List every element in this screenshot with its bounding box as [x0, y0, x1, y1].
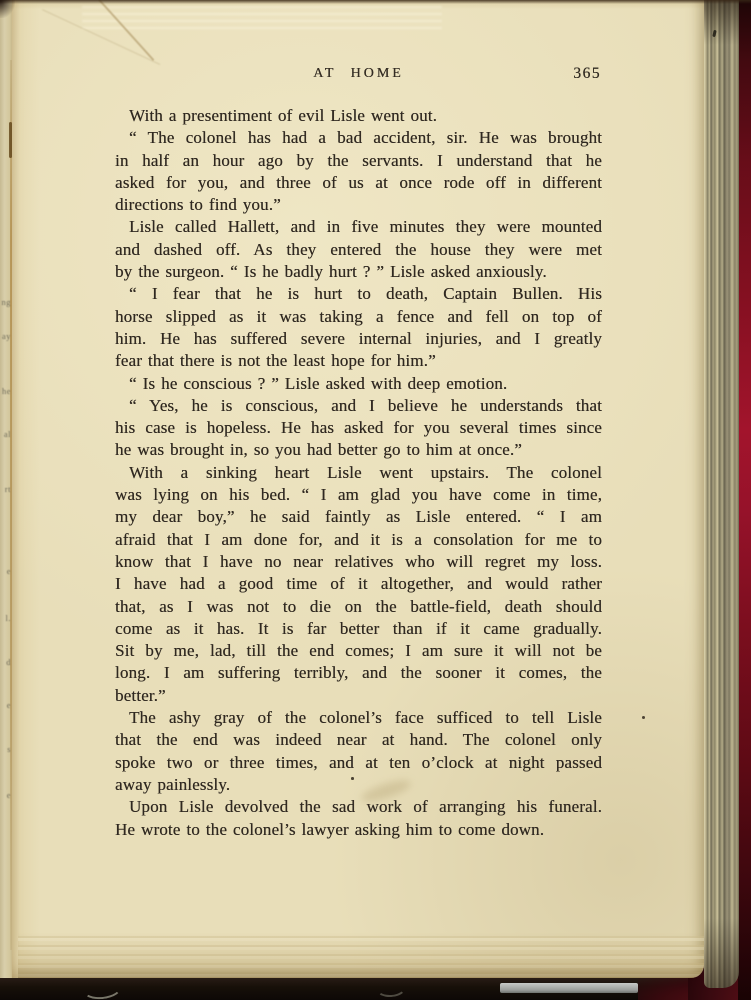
wire-artifact: [81, 975, 123, 1000]
desk-shadow-band: [0, 976, 742, 1000]
text-line: know that I have no near relatives who w…: [115, 551, 602, 573]
book-page: AT HOME 365 With a presentiment of evil …: [12, 0, 704, 978]
text-line: his case is hopeless. He has asked for y…: [115, 417, 602, 439]
text-line: The ashy gray of the colonel’s face suff…: [115, 707, 602, 729]
text-line: spoke two or three times, and at ten o’c…: [115, 752, 602, 774]
ink-speck: [712, 30, 716, 37]
scan-corner-shadow: [0, 0, 15, 18]
book-cover-edge: [738, 0, 751, 1000]
text-line: horse slipped as it was taking a fence a…: [115, 306, 602, 328]
book-scan: ngayhealrtel.dese AT HOME 365 With a pre…: [0, 0, 751, 1000]
desk-edge-highlight: [500, 983, 638, 993]
running-header: AT HOME 365: [115, 66, 602, 84]
text-line: afraid that I am done for, and it is a c…: [115, 529, 602, 551]
text-line: better.”: [115, 685, 602, 707]
text-line: fear that there is not the least hope fo…: [115, 350, 602, 372]
text-line: “ I fear that he is hurt to death, Capta…: [115, 283, 602, 305]
ink-speck: [642, 716, 645, 719]
text-line: away painlessly.: [115, 774, 602, 796]
text-line: and dashed off. As they entered the hous…: [115, 239, 602, 261]
text-line: Upon Lisle devolved the sad work of arra…: [115, 796, 602, 818]
text-line: I have had a good time of it altogether,…: [115, 573, 602, 595]
text-line: asked for you, and three of us at once r…: [115, 172, 602, 194]
page-number: 365: [573, 65, 601, 83]
text-line: long. I am suffering terribly, and the s…: [115, 662, 602, 684]
scan-top-shadow: [0, 0, 751, 4]
fore-edge-page-stack: [704, 0, 739, 988]
text-line: was lying on his bed. “ I am glad you ha…: [115, 484, 602, 506]
gutter-shadow-dark: [9, 122, 12, 158]
text-line: Sit by me, lad, till the end comes; I am…: [115, 640, 602, 662]
text-line: He wrote to the colonel’s lawyer asking …: [115, 819, 602, 841]
text-line: come as it has. It is far better than if…: [115, 618, 602, 640]
text-line: by the surgeon. “ Is he badly hurt ? ” L…: [115, 261, 602, 283]
text-line: that, as I was not to die on the battle-…: [115, 596, 602, 618]
text-line: “ Yes, he is conscious, and I believe he…: [115, 395, 602, 417]
text-line: in half an hour ago by the servants. I u…: [115, 150, 602, 172]
ink-speck: [351, 777, 354, 780]
text-line: With a sinking heart Lisle went upstairs…: [115, 462, 602, 484]
gutter-shadow: [10, 60, 12, 950]
wire-artifact: [375, 978, 406, 998]
text-line: With a presentiment of evil Lisle went o…: [115, 105, 602, 127]
text-line: that the end was indeed near at hand. Th…: [115, 729, 602, 751]
text-line: he was brought in, so you had better go …: [115, 439, 602, 461]
text-line: Lisle called Hallett, and in five minute…: [115, 216, 602, 238]
text-line: my dear boy,” he said faintly as Lisle e…: [115, 506, 602, 528]
text-line: “ Is he conscious ? ” Lisle asked with d…: [115, 373, 602, 395]
running-header-title: AT HOME: [313, 66, 404, 82]
paper-streaks: [82, 6, 442, 30]
text-block: With a presentiment of evil Lisle went o…: [115, 105, 602, 841]
text-line: him. He has suffered severe internal inj…: [115, 328, 602, 350]
text-line: “ The colonel has had a bad accident, si…: [115, 127, 602, 149]
text-line: directions to find you.”: [115, 194, 602, 216]
page-curl-shading: [18, 932, 704, 978]
